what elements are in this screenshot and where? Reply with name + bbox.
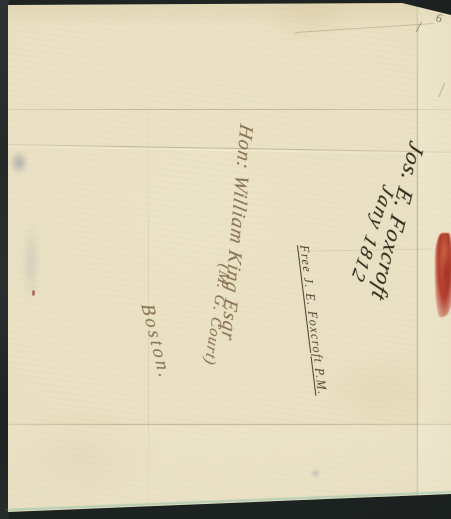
scanner-bed-strip (0, 0, 9, 519)
blue-spot (311, 469, 320, 478)
free-frank-inscription: Free J. E. Foxcroft P.M. (296, 245, 330, 396)
blue-ink-smudge (10, 151, 28, 174)
pencil-page-number: 6 (435, 11, 443, 27)
fold-line-bottom (8, 424, 451, 425)
pen-scratch-2 (438, 83, 445, 97)
wax-seal-core (441, 252, 451, 292)
blue-streak (23, 226, 39, 298)
fold-line-vertical-right (417, 18, 418, 496)
fold-line-second (8, 144, 451, 153)
flap-edge-line (295, 23, 434, 33)
address-line-city: Boston. (135, 303, 176, 382)
fold-line-top (8, 109, 451, 110)
letter-sheet: 6 Jos. E. Foxcroft Jany 1812 Free J. E. … (0, 0, 451, 519)
red-speck (32, 290, 35, 296)
document-scan: 6 Jos. E. Foxcroft Jany 1812 Free J. E. … (0, 0, 451, 519)
